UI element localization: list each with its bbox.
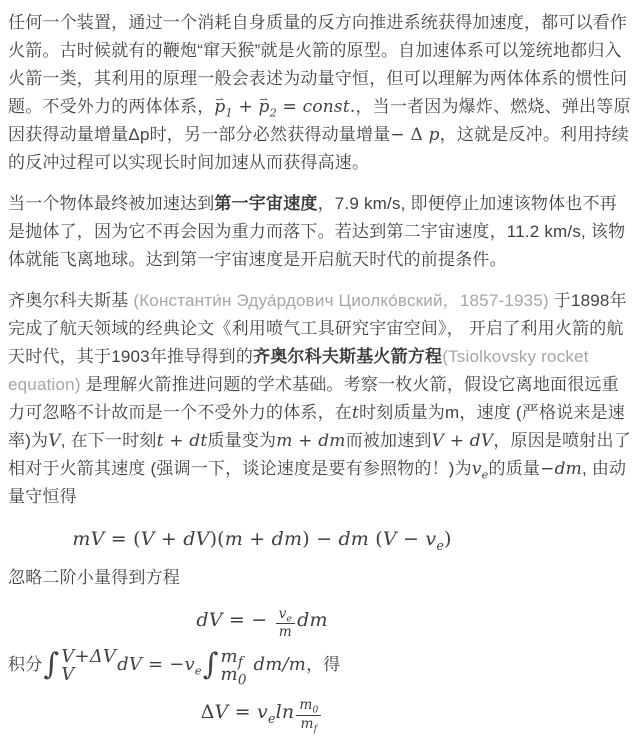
math-run: V: [383, 528, 397, 550]
math-run: ): [444, 528, 452, 550]
math-run: dm: [338, 528, 369, 550]
math-ve: v: [472, 459, 482, 479]
math-run: V: [215, 701, 229, 723]
math-run: (: [369, 528, 383, 550]
math-fraction-m0-over-mf: m0mf: [296, 698, 321, 732]
math-var-p: p: [429, 125, 440, 145]
math-operator: − Δ: [390, 125, 428, 145]
math-run: V: [141, 528, 155, 550]
math-sub: e: [268, 710, 276, 725]
math-sub: 0: [312, 706, 318, 716]
bold-rocket-equation: 齐奥尔科夫斯基火箭方程: [253, 347, 442, 366]
math-run: dV: [117, 654, 142, 675]
math-vector-p1: ⇀p: [214, 93, 225, 121]
math-run: v: [257, 701, 268, 723]
math-sub: 2: [270, 106, 277, 119]
article: 任何一个装置，通过一个消耗自身质量的反方向推进系统获得加速度，都可以看作火箭。古…: [0, 0, 640, 742]
math-neg-dm: −dm: [540, 459, 582, 479]
vector-arrow-icon: ⇀: [215, 87, 224, 115]
paragraph-rocket-intro: 任何一个装置，通过一个消耗自身质量的反方向推进系统获得加速度，都可以看作火箭。古…: [8, 9, 632, 177]
math-sub: 1: [226, 106, 233, 119]
integral-glyph-icon: ∫: [203, 651, 219, 680]
math-fraction-ve-over-m: vem: [276, 607, 295, 641]
math-sub: e: [195, 664, 202, 677]
text-run: 而被加速到: [346, 431, 432, 450]
math-run: v: [279, 606, 287, 622]
integral-sign: ∫mfm0: [203, 648, 247, 684]
integral-sign: ∫V+ΔVV: [43, 648, 116, 684]
math-sub: f: [314, 724, 318, 734]
math-run: m: [276, 624, 295, 641]
math-run: dm: [297, 609, 328, 631]
math-sub: e: [436, 538, 444, 553]
text-run: ，得: [306, 655, 340, 674]
math-run: Δ: [201, 701, 215, 723]
math-run: )(: [210, 528, 225, 550]
text-run: 的质量: [489, 459, 541, 478]
math-var-t: t: [352, 403, 359, 423]
integral-upper-limit: V+ΔV: [61, 648, 116, 666]
math-run: dV: [196, 609, 222, 631]
math-t-plus-dt: t + dt: [157, 431, 208, 451]
bold-first-cosmic-velocity: 第一宇宙速度: [214, 194, 317, 213]
math-run: = (: [105, 528, 141, 550]
formula-rocket-equation: ΔV = velnm0mf: [8, 697, 516, 733]
text-run: , 在下一时刻: [61, 431, 157, 450]
integral-lower-limit: V: [61, 666, 116, 684]
math-run: = −: [142, 654, 184, 675]
math-run: ln: [276, 701, 295, 723]
light-russian-name: (Константи́н Эдуа́рдович Циолко́вский，18…: [133, 291, 549, 310]
vector-arrow-icon: ⇀: [259, 87, 268, 115]
math-operator: =: [277, 97, 303, 117]
math-V-plus-dV: V + dV: [432, 431, 494, 451]
text-run: 积分: [8, 655, 42, 674]
text-run: 齐奥尔科夫斯基: [8, 291, 133, 310]
math-run: m: [225, 528, 243, 550]
math-run: −: [397, 528, 426, 550]
line-integration: 积分∫V+ΔVVdV = −ve∫mfm0 dm/m，得: [8, 647, 632, 684]
math-run: ) −: [302, 528, 338, 550]
text-run: 当一个物体最终被加速达到: [8, 194, 214, 213]
text-run: 质量变为: [207, 431, 276, 450]
math-run: m: [299, 697, 312, 713]
math-m-plus-dm: m + dm: [276, 431, 345, 451]
text-neglect-second-order: 忽略二阶小量得到方程: [8, 564, 632, 592]
math-run: v: [184, 654, 194, 675]
math-var-V: V: [48, 431, 60, 451]
paragraph-tsiolkovsky: 齐奥尔科夫斯基 (Константи́н Эдуа́рдович Циолко́…: [8, 287, 632, 511]
formula-momentum-conservation: mV = (V + dV)(m + dm) − dm (V − ve): [8, 524, 516, 555]
math-run: dm/m: [248, 654, 306, 675]
math-run: v: [425, 528, 436, 550]
math-run: mV: [72, 528, 104, 550]
math-sub: e: [287, 614, 293, 624]
paragraph-cosmic-velocity: 当一个物体最终被加速达到第一宇宙速度，7.9 km/s, 即便停止加速该物体也不…: [8, 190, 632, 274]
math-const: const.: [303, 97, 356, 117]
math-run: +: [243, 528, 272, 550]
math-run: m: [301, 716, 314, 732]
math-run: dV: [183, 528, 209, 550]
text-run: 忽略二阶小量得到方程: [8, 568, 180, 587]
integral-glyph-icon: ∫: [43, 651, 59, 680]
math-operator: +: [233, 97, 259, 117]
formula-differential: dV = − vemdm: [8, 605, 516, 641]
math-run: = −: [223, 609, 274, 631]
math-sub: e: [482, 468, 489, 481]
math-run: =: [228, 701, 257, 723]
math-run: dm: [272, 528, 303, 550]
math-vector-p2: ⇀p: [259, 93, 270, 121]
math-run: +: [155, 528, 184, 550]
